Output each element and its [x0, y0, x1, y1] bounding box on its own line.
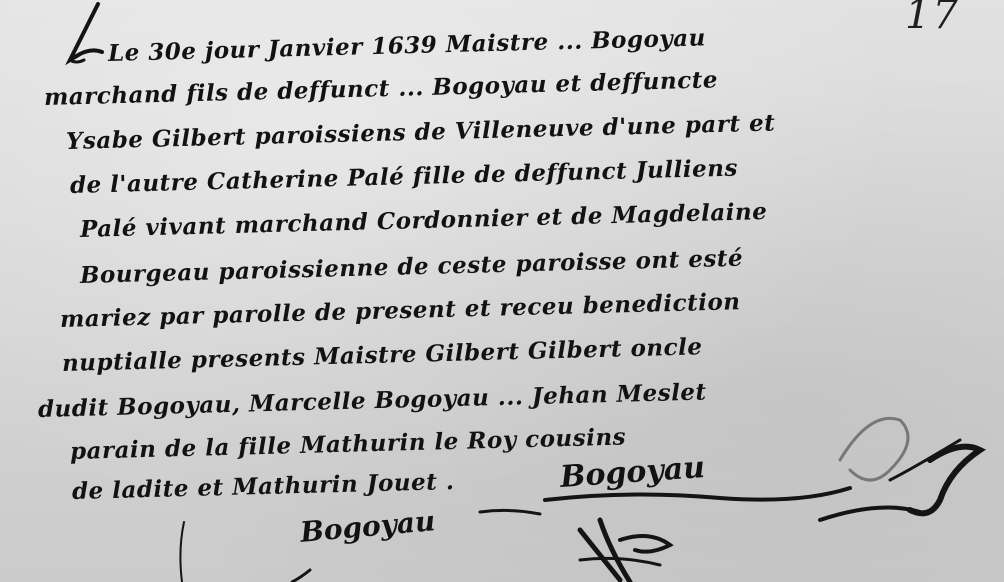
text-line-5: Palé vivant marchand Cordonnier et de Ma… — [80, 198, 768, 243]
manuscript-scan: 17 Le 30e jour Janvier 1639 Maistre ... … — [0, 0, 1004, 582]
margin-stroke — [170, 520, 200, 582]
text-line-1: Le 30e jour Janvier 1639 Maistre ... Bog… — [108, 24, 707, 67]
right-margin-paraph-mark — [780, 400, 1000, 530]
text-line-2: marchand fils de deffunct ... Bogoyau et… — [44, 66, 719, 111]
text-line-8: nuptialle presents Maistre Gilbert Gilbe… — [62, 333, 703, 377]
text-line-9: dudit Bogoyau, Marcelle Bogoyau ... Jeha… — [38, 378, 707, 422]
text-line-6: Bourgeau paroissienne de ceste paroisse … — [80, 245, 744, 289]
text-line-10: parain de la fille Mathurin le Roy cousi… — [70, 423, 627, 465]
signature-2-flourish — [280, 500, 580, 582]
folio-number: 17 — [905, 0, 960, 38]
text-line-4: de l'autre Catherine Palé fille de deffu… — [70, 155, 739, 199]
text-line-3: Ysabe Gilbert paroissiens de Villeneuve … — [66, 109, 776, 155]
witness-mark — [560, 500, 700, 582]
text-line-7: mariez par parolle de present et receu b… — [60, 288, 741, 333]
